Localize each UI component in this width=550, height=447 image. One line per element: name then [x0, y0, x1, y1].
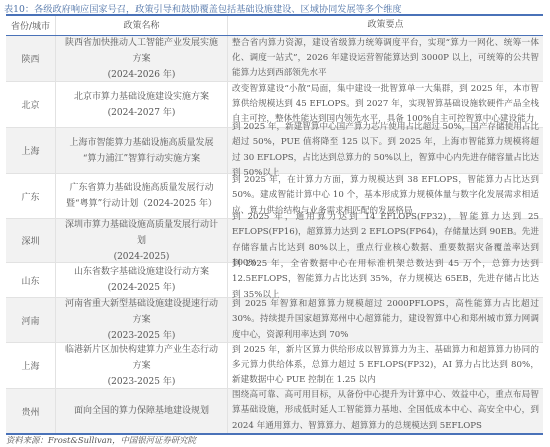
- header-policy-name: 政策名称: [56, 16, 228, 35]
- source-note: 资料来源：Frost&Sullivan，中国银河证券研究院: [6, 434, 196, 446]
- policy-name-cell: 广东省算力基础设施高质量发展行动 暨“粤算”行动计划（2024-2025 年）: [56, 174, 228, 218]
- region-cell: 贵州: [6, 389, 56, 433]
- policy-name-cell: 陕西省加快推动人工智能产业发展实施方案 (2024-2026 年): [56, 36, 228, 81]
- policy-name-cell: 山东省数字基础设施建设行动方案 (2024-2025 年): [56, 263, 228, 297]
- region-cell: 上海: [6, 343, 56, 388]
- policy-points-cell: 到 2025 年，新片区算力供给形成以智算算力为主、基础算力和超算算力协同的多元…: [228, 343, 543, 388]
- policy-points-cell: 到 2025 年，通用算力达到 14 EFLOPS(FP32)，智能算力达到 2…: [228, 219, 543, 262]
- region-cell: 北京: [6, 82, 56, 127]
- table-caption: 表10：各级政府响应国家号召，政策引导和鼓励覆盖包括基础设施建设、区域协同发展等…: [4, 1, 402, 15]
- policy-name-cell: 北京市算力基础设施建设实施方案 (2024-2027 年): [56, 82, 228, 127]
- header-policy-points: 政策要点: [228, 16, 543, 35]
- policy-name-cell: 河南省重大新型基础设施建设提速行动方案 (2023-2025 年): [56, 298, 228, 342]
- region-cell: 深圳: [6, 219, 56, 262]
- policy-points-cell: 围绕高可靠、高可用目标，从备份中心提升为计算中心、效益中心，重点布局智算基础设施…: [228, 389, 543, 433]
- table-row: 山东 山东省数字基础设施建设行动方案 (2024-2025 年) 到 2025 …: [6, 263, 543, 298]
- table-row: 陕西 陕西省加快推动人工智能产业发展实施方案 (2024-2026 年) 整合省…: [6, 36, 543, 82]
- policy-points-cell: 到 2025 年，新建智算中心国产算力芯片使用占比超过 50%，国产存储使用占比…: [228, 128, 543, 173]
- table-row: 上海 上海市智能算力基础设施高质量发展 “算力浦江”智算行动实施方案 到 202…: [6, 128, 543, 174]
- table-header: 省份/城市 政策名称 政策要点: [6, 16, 543, 36]
- table-row: 河南 河南省重大新型基础设施建设提速行动方案 (2023-2025 年) 到 2…: [6, 298, 543, 343]
- policy-table: 省份/城市 政策名称 政策要点 陕西 陕西省加快推动人工智能产业发展实施方案 (…: [6, 14, 543, 435]
- policy-name-cell: 临港新片区加快构建算力产业生态行动方案 (2023-2025 年): [56, 343, 228, 388]
- policy-name-cell: 上海市智能算力基础设施高质量发展 “算力浦江”智算行动实施方案: [56, 128, 228, 173]
- header-region: 省份/城市: [6, 16, 56, 35]
- policy-points-cell: 到 2025 年智算和超算算力规模超过 2000PFLOPS，高性能算力占比超过…: [228, 298, 543, 342]
- region-cell: 上海: [6, 128, 56, 173]
- region-cell: 广东: [6, 174, 56, 218]
- policy-points-cell: 整合省内算力资源，建设省级算力统筹调度平台，实现“算力一网化、统筹一体化、调度一…: [228, 36, 543, 81]
- region-cell: 陕西: [6, 36, 56, 81]
- table-row: 上海 临港新片区加快构建算力产业生态行动方案 (2023-2025 年) 到 2…: [6, 343, 543, 389]
- region-cell: 山东: [6, 263, 56, 297]
- policy-points-cell: 到 2025 年，全省数据中心在用标准机架总数达到 45 万个，总算力达到 12…: [228, 263, 543, 297]
- table-row: 贵州 面向全国的算力保障基地建设规划 围绕高可靠、高可用目标，从备份中心提升为计…: [6, 389, 543, 433]
- policy-name-cell: 深圳市算力基础设施高质量发展行动计划 (2024-2025): [56, 219, 228, 262]
- policy-name-cell: 面向全国的算力保障基地建设规划: [56, 389, 228, 433]
- region-cell: 河南: [6, 298, 56, 342]
